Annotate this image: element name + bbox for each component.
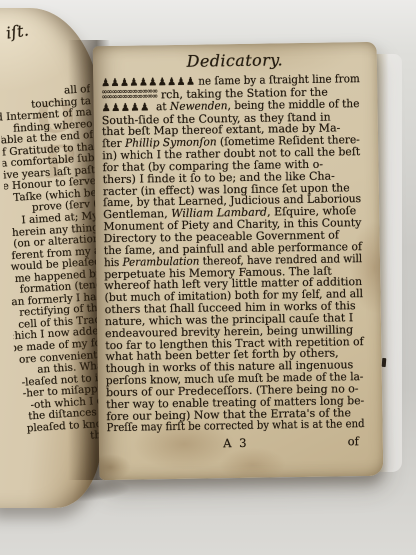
right-page-text-column: ♟♟♟♟♟♟♟♟♟♟ne ſame by a ſtraight line fro… bbox=[101, 73, 365, 434]
printer-ornament-scroll-row: ∞∞∞∞∞∞∞∞∞∞∞ bbox=[101, 94, 157, 100]
photo-of-open-book: { "left_page": { "header": "iſt.", "ghos… bbox=[0, 0, 416, 555]
right-page: Dedicatory. ♟♟♟♟♟♟♟♟♟♟ne ſame by a ſtrai… bbox=[93, 42, 384, 480]
text-segment: Preſſe may firſt be corrected by what is… bbox=[107, 418, 365, 435]
printer-ornament-scrolls: ∞∞∞∞∞∞∞∞∞∞∞∞∞∞∞∞∞∞∞∞∞∞ bbox=[101, 89, 157, 99]
left-running-header: iſt. bbox=[5, 20, 30, 42]
signature-row: A 3 of bbox=[107, 434, 365, 452]
text-segment: , being the middle of the bbox=[227, 97, 359, 112]
signature-mark: A 3 bbox=[223, 436, 248, 450]
catchword: of bbox=[348, 434, 359, 448]
italic-text: Newenden bbox=[170, 99, 228, 113]
ink-speck bbox=[382, 358, 387, 367]
page-header: Dedicatory. bbox=[93, 49, 377, 72]
text-segment: at bbox=[153, 100, 171, 113]
text-line: Preſſe may firſt be corrected by what is… bbox=[107, 419, 345, 435]
left-page: iſt. OP all oftouching tand Interment of… bbox=[0, 8, 102, 508]
printer-ornament-acorns: ♟♟♟♟♟ bbox=[101, 101, 149, 114]
